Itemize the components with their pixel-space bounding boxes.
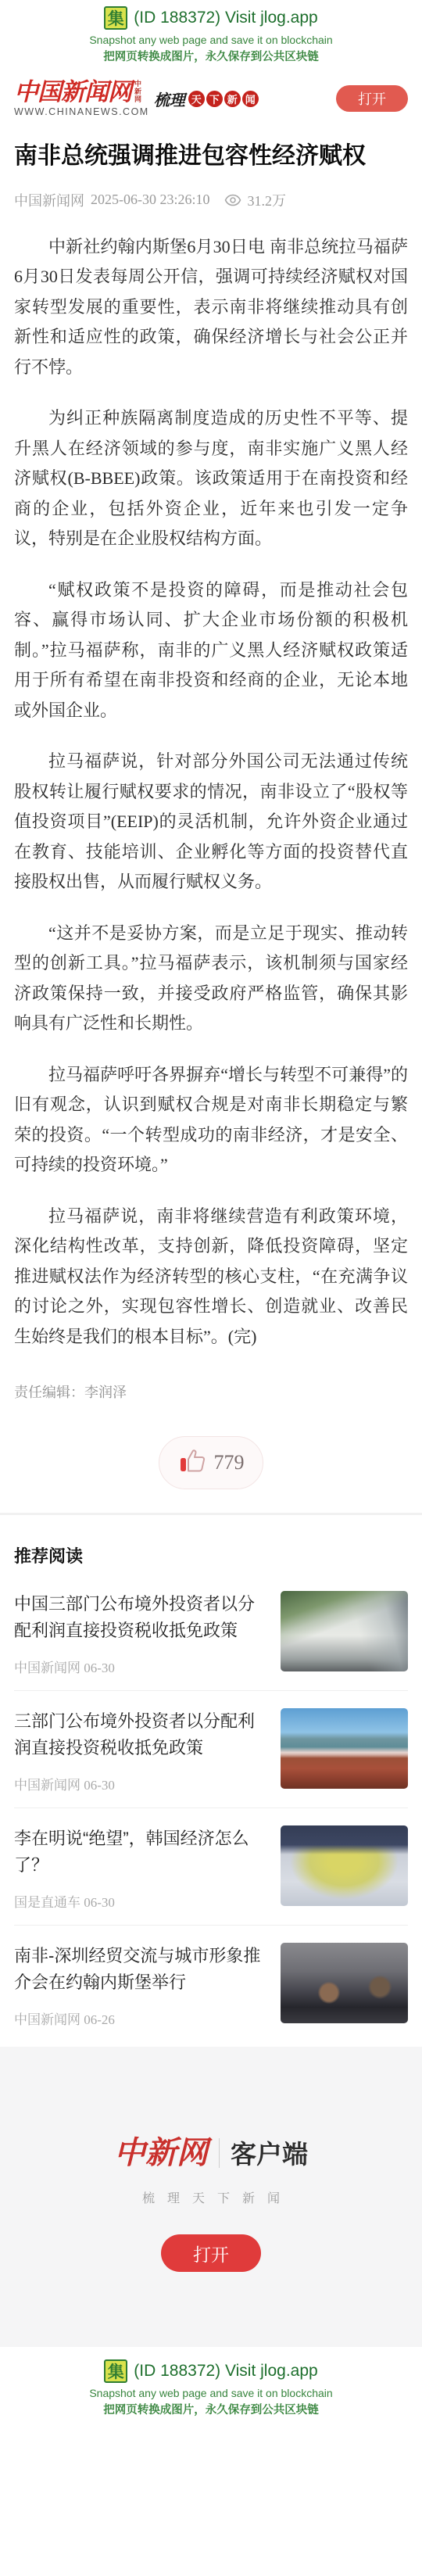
slogan-logo: 梳理 天 下 新 闻 (154, 88, 336, 110)
jlog-ji-icon: 集 (104, 2359, 127, 2383)
article-title: 南非总统强调推进包容性经济赋权 (14, 141, 408, 173)
logo-divider (219, 2138, 220, 2168)
editor-line: 责任编辑：李润泽 (14, 1381, 408, 1402)
slogan-seal-1: 天 (188, 91, 205, 107)
app-download-footer: 中新网 客户端 梳理天下新闻 打开 (0, 2047, 422, 2347)
blockchain-ad-banner-top[interactable]: 集 (ID 188372) Visit jlog.app Snapshot an… (0, 0, 422, 72)
recommend-item-source: 中国新闻网 06-30 (14, 1657, 270, 1676)
paragraph: 拉马福萨呼吁各界摒弃“增长与转型不可兼得”的旧有观念，认识到赋权合规是对南非长期… (14, 1060, 408, 1181)
article-body: 中新社约翰内斯堡6月30日电 南非总统拉马福萨6月30日发表每周公开信，强调可持… (14, 232, 408, 1352)
article-source: 中国新闻网 (14, 190, 84, 210)
slogan-prefix: 梳理 (154, 88, 185, 110)
finance-ministry-building-photo (281, 1591, 408, 1671)
recommend-item-2[interactable]: 三部门公布境外投资者以分配利润直接投资税收抵免政策 中国新闻网 06-30 (14, 1691, 408, 1808)
recommend-item-source: 中国新闻网 06-26 (14, 2008, 270, 2028)
paragraph: 为纠正种族隔离制度造成的历史性不平等、提升黑人在经济领域的参与度，南非实施广义黑… (14, 403, 408, 554)
open-app-button-footer[interactable]: 打开 (161, 2234, 261, 2272)
open-app-button-header[interactable]: 打开 (336, 85, 408, 112)
recommend-item-source: 中国新闻网 06-30 (14, 1774, 270, 1793)
banner-id-line: (ID 188372) Visit jlog.app (134, 9, 317, 27)
app-logo-text: 中新网 (114, 2137, 208, 2169)
slogan-seal-4: 闻 (242, 91, 259, 107)
app-client-label: 客户端 (231, 2134, 308, 2171)
recommend-heading: 推荐阅读 (14, 1543, 408, 1567)
banner-line-zh: 把网页转换成图片，永久保存到公共区块链 (0, 48, 422, 64)
views-eye-icon (224, 194, 241, 206)
recommend-item-title: 李在明说“绝望”，韩国经济怎么了？ (14, 1825, 270, 1879)
site-header: 中国新闻网 中新网 WWW.CHINANEWS.COM 梳理 天 下 新 闻 打… (0, 72, 422, 128)
divider (0, 1513, 422, 1515)
blockchain-ad-banner-bottom[interactable]: 集 (ID 188372) Visit jlog.app Snapshot an… (0, 2347, 422, 2428)
recommend-item-title: 南非-深圳经贸交流与城市形象推介会在约翰内斯堡举行 (14, 1943, 270, 1996)
conference-audience-photo (281, 1943, 408, 2023)
banner-id-line: (ID 188372) Visit jlog.app (134, 2362, 317, 2381)
slogan-seal-2: 下 (206, 91, 223, 107)
thumbs-up-icon (178, 1448, 208, 1478)
chinanews-logo[interactable]: 中国新闻网 中新网 WWW.CHINANEWS.COM (14, 80, 149, 117)
banner-line-en: Snapshot any web page and save it on blo… (0, 34, 422, 46)
recommend-item-title: 中国三部门公布境外投资者以分配利润直接投资税收抵免政策 (14, 1591, 270, 1644)
app-tagline: 梳理天下新闻 (0, 2188, 422, 2206)
like-count: 779 (214, 1451, 245, 1474)
paragraph: 中新社约翰内斯堡6月30日电 南非总统拉马福萨6月30日发表每周公开信，强调可持… (14, 232, 408, 383)
article: 南非总统强调推进包容性经济赋权 中国新闻网 2025-06-30 23:26:1… (0, 141, 422, 1489)
paragraph: 拉马福萨说，针对部分外国公司无法通过传统股权转让履行赋权要求的情况，南非设立了“… (14, 747, 408, 897)
jlog-ji-icon: 集 (104, 6, 127, 30)
paragraph: “这并不是妥协方案，而是立足于现实、推动转型的创新工具。”拉马福萨表示，该机制须… (14, 919, 408, 1039)
recommend-item-title: 三部门公布境外投资者以分配利润直接投资税收抵免政策 (14, 1708, 270, 1761)
paragraph: “赋权政策不是投资的障碍，而是推动社会包容、赢得市场认同、扩大企业市场份额的积极… (14, 575, 408, 726)
view-count: 31.2万 (248, 190, 287, 210)
like-button[interactable]: 779 (159, 1436, 263, 1489)
article-datetime: 2025-06-30 23:26:10 (91, 192, 210, 208)
banner-line-en: Snapshot any web page and save it on blo… (0, 2387, 422, 2399)
recommend-item-3[interactable]: 李在明说“绝望”，韩国经济怎么了？ 国是直通车 06-30 (14, 1808, 408, 1926)
paragraph: 拉马福萨说，南非将继续营造有利政策环境，深化结构性改革，支持创新，降低投资障碍，… (14, 1202, 408, 1352)
recommend-item-4[interactable]: 南非-深圳经贸交流与城市形象推介会在约翰内斯堡举行 中国新闻网 06-26 (14, 1926, 408, 2042)
banner-line-zh: 把网页转换成图片，永久保存到公共区块链 (0, 2401, 422, 2417)
app-logo: 中新网 客户端 (0, 2134, 422, 2171)
korean-won-banknotes-photo (281, 1825, 408, 1906)
article-meta: 中国新闻网 2025-06-30 23:26:10 31.2万 (14, 190, 408, 210)
chinanews-logo-vertical: 中新网 (134, 80, 141, 103)
chinanews-logo-text: 中国新闻网 (14, 80, 131, 104)
chinanews-url: WWW.CHINANEWS.COM (14, 106, 149, 117)
recommend-item-source: 国是直通车 06-30 (14, 1891, 270, 1911)
slogan-seal-3: 新 (224, 91, 241, 107)
container-port-photo (281, 1708, 408, 1789)
recommend-item-1[interactable]: 中国三部门公布境外投资者以分配利润直接投资税收抵免政策 中国新闻网 06-30 (14, 1574, 408, 1691)
recommend-section: 推荐阅读 中国三部门公布境外投资者以分配利润直接投资税收抵免政策 中国新闻网 0… (0, 1543, 422, 2042)
